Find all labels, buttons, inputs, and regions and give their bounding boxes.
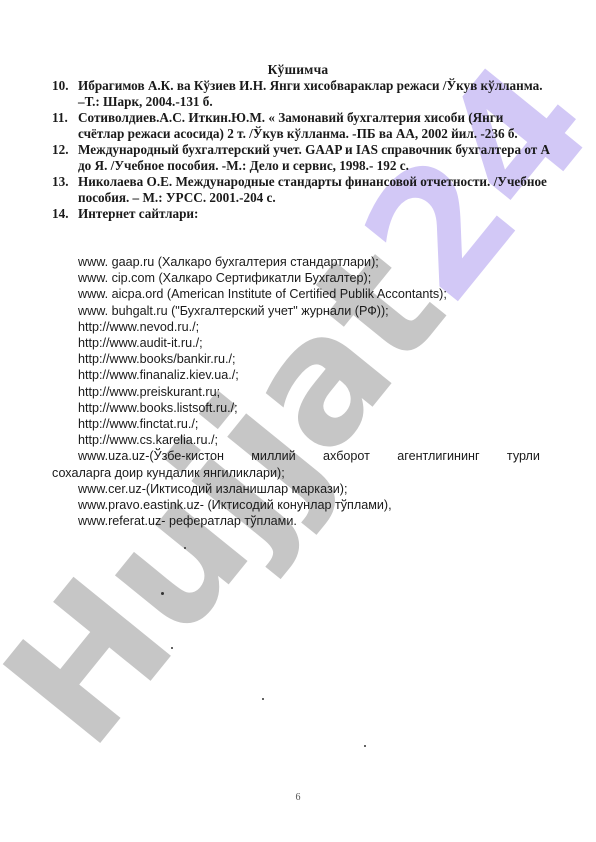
site-link[interactable]: http://www.cs.karelia.ru./; (78, 432, 548, 448)
site-link[interactable]: http://www.finanaliz.kiev.ua./; (78, 367, 548, 383)
uza-word: агентлигининг (397, 448, 479, 464)
site-link[interactable]: http://www.nevod.ru./; (78, 319, 548, 335)
reference-text: Ибрагимов А.К. ва Кўзиев И.Н. Янги хисоб… (78, 78, 552, 110)
reference-text: Сотиволдиев.А.С. Иткин.Ю.М. « Замонавий … (78, 110, 552, 142)
site-link[interactable]: www.referat.uz- рефератлар тўплами. (78, 513, 548, 529)
uza-word: миллий (251, 448, 295, 464)
reference-number: 12. (52, 142, 78, 174)
reference-item: 13. Николаева О.Е. Международные стандар… (52, 174, 552, 206)
scan-speck (171, 647, 173, 649)
site-link[interactable]: www. buhgalt.ru ("Бухгалтерский учет" жу… (78, 303, 548, 319)
section-title: Кўшимча (0, 62, 596, 78)
site-link[interactable]: http://www.books.listsoft.ru./; (78, 400, 548, 416)
site-link[interactable]: www.cer.uz-(Иктисодий изланишлар маркази… (78, 481, 548, 497)
scan-speck (364, 745, 366, 747)
reference-item: 10. Ибрагимов А.К. ва Кўзиев И.Н. Янги х… (52, 78, 552, 110)
uza-word: www.uza.uz-(Ўзбе-кистон (78, 448, 224, 464)
uza-word: турли (507, 448, 540, 464)
site-link[interactable]: http://www.books/bankir.ru./; (78, 351, 548, 367)
uza-description-continuation: сохаларга доир кундалик янгиликлари); (52, 465, 548, 481)
scan-speck (262, 698, 264, 700)
reference-item: 14. Интернет сайтлари: (52, 206, 552, 222)
reference-text: Международный бухгалтерский учет. GAAP и… (78, 142, 552, 174)
site-link[interactable]: www. cip.com (Халкаро Сертификатли Бухга… (78, 270, 548, 286)
scan-speck (184, 547, 186, 549)
reference-item: 11. Сотиволдиев.А.С. Иткин.Ю.М. « Замона… (52, 110, 552, 142)
site-link[interactable]: http://www.preiskurant.ru; (78, 384, 548, 400)
document-page: Кўшимча 10. Ибрагимов А.К. ва Кўзиев И.Н… (0, 0, 596, 842)
reference-number: 11. (52, 110, 78, 142)
site-link[interactable]: http://www.finctat.ru./; (78, 416, 548, 432)
reference-text: Интернет сайтлари: (78, 206, 552, 222)
reference-list: 10. Ибрагимов А.К. ва Кўзиев И.Н. Янги х… (52, 78, 552, 222)
reference-number: 13. (52, 174, 78, 206)
reference-number: 10. (52, 78, 78, 110)
page-number: 6 (0, 792, 596, 803)
site-link-uza[interactable]: www.uza.uz-(Ўзбе-кистон миллий ахборот а… (78, 448, 540, 464)
reference-text: Николаева О.Е. Международные стандарты ф… (78, 174, 552, 206)
uza-word: ахборот (323, 448, 370, 464)
scan-speck (161, 592, 164, 595)
site-link[interactable]: www.pravo.eastink.uz- (Иктисодий конунла… (78, 497, 548, 513)
reference-item: 12. Международный бухгалтерский учет. GA… (52, 142, 552, 174)
site-link[interactable]: www. gaap.ru (Халкаро бухгалтерия станда… (78, 254, 548, 270)
reference-number: 14. (52, 206, 78, 222)
site-link[interactable]: www. aicpa.ord (American Institute of Ce… (78, 286, 548, 302)
internet-sites-list: www. gaap.ru (Халкаро бухгалтерия станда… (78, 254, 548, 529)
site-link[interactable]: http://www.audit-it.ru./; (78, 335, 548, 351)
